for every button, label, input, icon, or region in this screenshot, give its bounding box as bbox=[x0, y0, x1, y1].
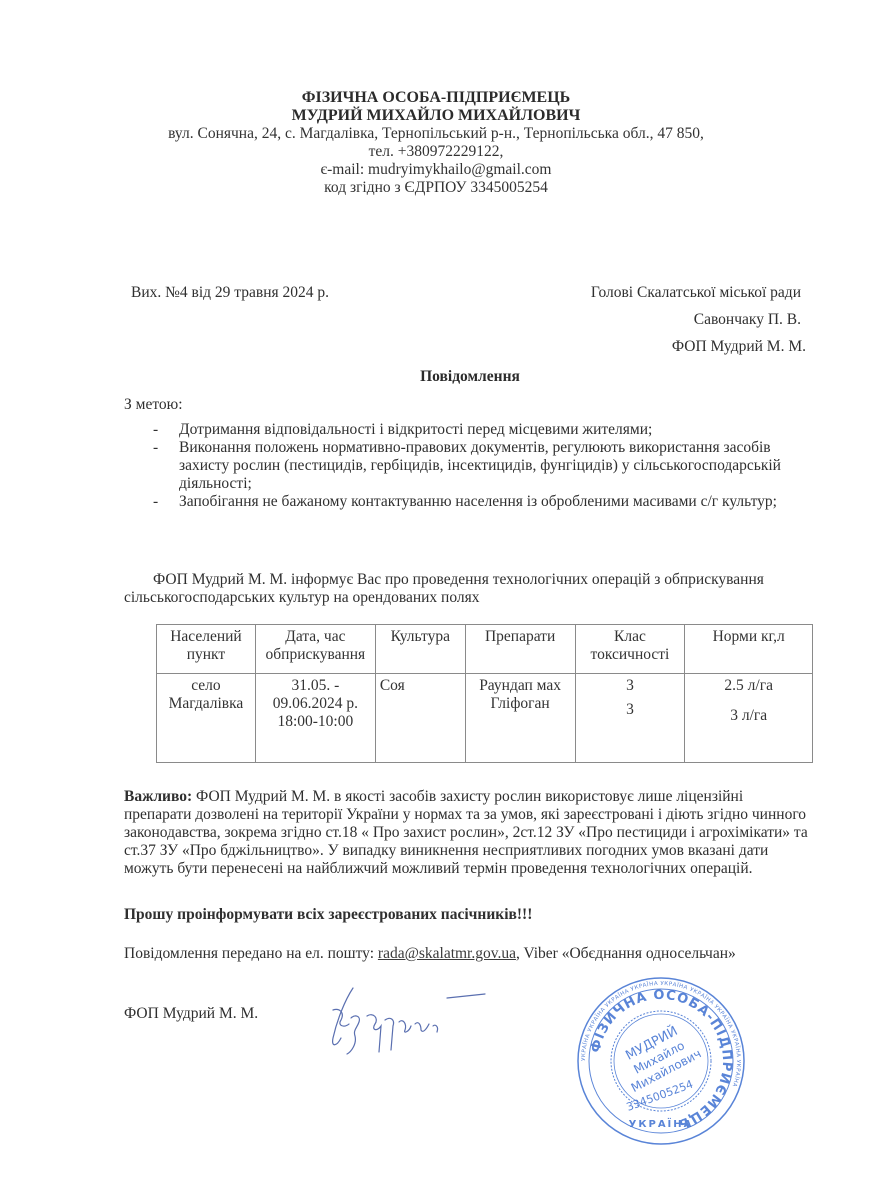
letterhead-edrpou: код згідно з ЄДРПОУ 3345005254 bbox=[0, 179, 872, 197]
letterhead-title-line1: ФІЗИЧНА ОСОБА-ПІДПРИЄМЕЦЬ bbox=[0, 89, 872, 107]
header-toxicity-class: Клас токсичності bbox=[575, 625, 685, 674]
letterhead-email: є-mail: mudryimykhailo@gmail.com bbox=[0, 161, 872, 179]
document-title: Повідомлення bbox=[0, 368, 872, 386]
table-row: село Магдалівка 31.05. - 09.06.2024 р. 1… bbox=[157, 674, 813, 763]
info-paragraph: ФОП Мудрий М. М. інформує Вас про провед… bbox=[124, 571, 764, 607]
cell-toxicity: 3 3 bbox=[575, 674, 685, 763]
spraying-schedule-table: Населений пункт Дата, час обприскування … bbox=[156, 624, 813, 763]
important-text: ФОП Мудрий М. М. в якості засобів захист… bbox=[124, 788, 808, 877]
signoff-name: ФОП Мудрий М. М. bbox=[124, 1005, 258, 1023]
bullet-dash: - bbox=[153, 421, 158, 439]
letterhead-title-line2: МУДРИЙ МИХАЙЛО МИХАЙЛОВИЧ bbox=[0, 107, 872, 125]
handwritten-signature bbox=[315, 980, 500, 1065]
cell-date-time: 31.05. - 09.06.2024 р. 18:00-10:00 bbox=[255, 674, 375, 763]
letterhead-address: вул. Сонячна, 24, с. Магдалівка, Тернопі… bbox=[0, 125, 872, 143]
header-crop: Культура bbox=[375, 625, 465, 674]
important-label: Важливо: bbox=[124, 788, 192, 805]
purpose-item: -Виконання положень нормативно-правових … bbox=[150, 439, 820, 493]
header-settlement: Населений пункт bbox=[157, 625, 256, 674]
cell-rates: 2.5 л/га 3 л/га bbox=[685, 674, 813, 763]
council-email-link[interactable]: rada@skalatmr.gov.ua bbox=[378, 945, 516, 962]
beekeepers-request: Прошу проінформувати всіх зареєстрованих… bbox=[124, 906, 824, 924]
purpose-item: -Запобігання не бажаному контактуванню н… bbox=[150, 493, 820, 511]
purpose-list: -Дотримання відповідальності і відкритос… bbox=[150, 421, 820, 511]
purpose-item: -Дотримання відповідальності і відкритос… bbox=[150, 421, 820, 439]
outgoing-reference: Вих. №4 від 29 травня 2024 р. bbox=[131, 284, 329, 302]
important-paragraph: Важливо: ФОП Мудрий М. М. в якості засоб… bbox=[124, 788, 814, 878]
purpose-intro: З метою: bbox=[124, 396, 183, 414]
recipient-line1: Голові Скалатської міської ради bbox=[591, 284, 801, 302]
cell-crop: Соя bbox=[375, 674, 465, 763]
cell-products: Раундап мах Гліфоган bbox=[465, 674, 575, 763]
header-date-time: Дата, час обприскування bbox=[255, 625, 375, 674]
official-stamp: УКРАЇНА УКРАЇНА УКРАЇНА УКРАЇНА УКРАЇНА … bbox=[575, 975, 747, 1147]
cell-settlement: село Магдалівка bbox=[157, 674, 256, 763]
bullet-dash: - bbox=[153, 493, 158, 511]
header-products: Препарати bbox=[465, 625, 575, 674]
header-rates: Норми кг,л bbox=[685, 625, 813, 674]
svg-text:УКРАЇНА: УКРАЇНА bbox=[629, 1116, 694, 1130]
recipient-line2: Савончаку П. В. bbox=[694, 311, 801, 329]
letterhead-phone: тел. +380972229122, bbox=[0, 143, 872, 161]
letterhead: ФІЗИЧНА ОСОБА-ПІДПРИЄМЕЦЬ МУДРИЙ МИХАЙЛО… bbox=[0, 89, 872, 197]
table-header-row: Населений пункт Дата, час обприскування … bbox=[157, 625, 813, 674]
sender-line: ФОП Мудрий М. М. bbox=[672, 338, 806, 356]
bullet-dash: - bbox=[153, 439, 158, 457]
delivery-note: Повідомлення передано на ел. пошту: rada… bbox=[124, 945, 736, 963]
